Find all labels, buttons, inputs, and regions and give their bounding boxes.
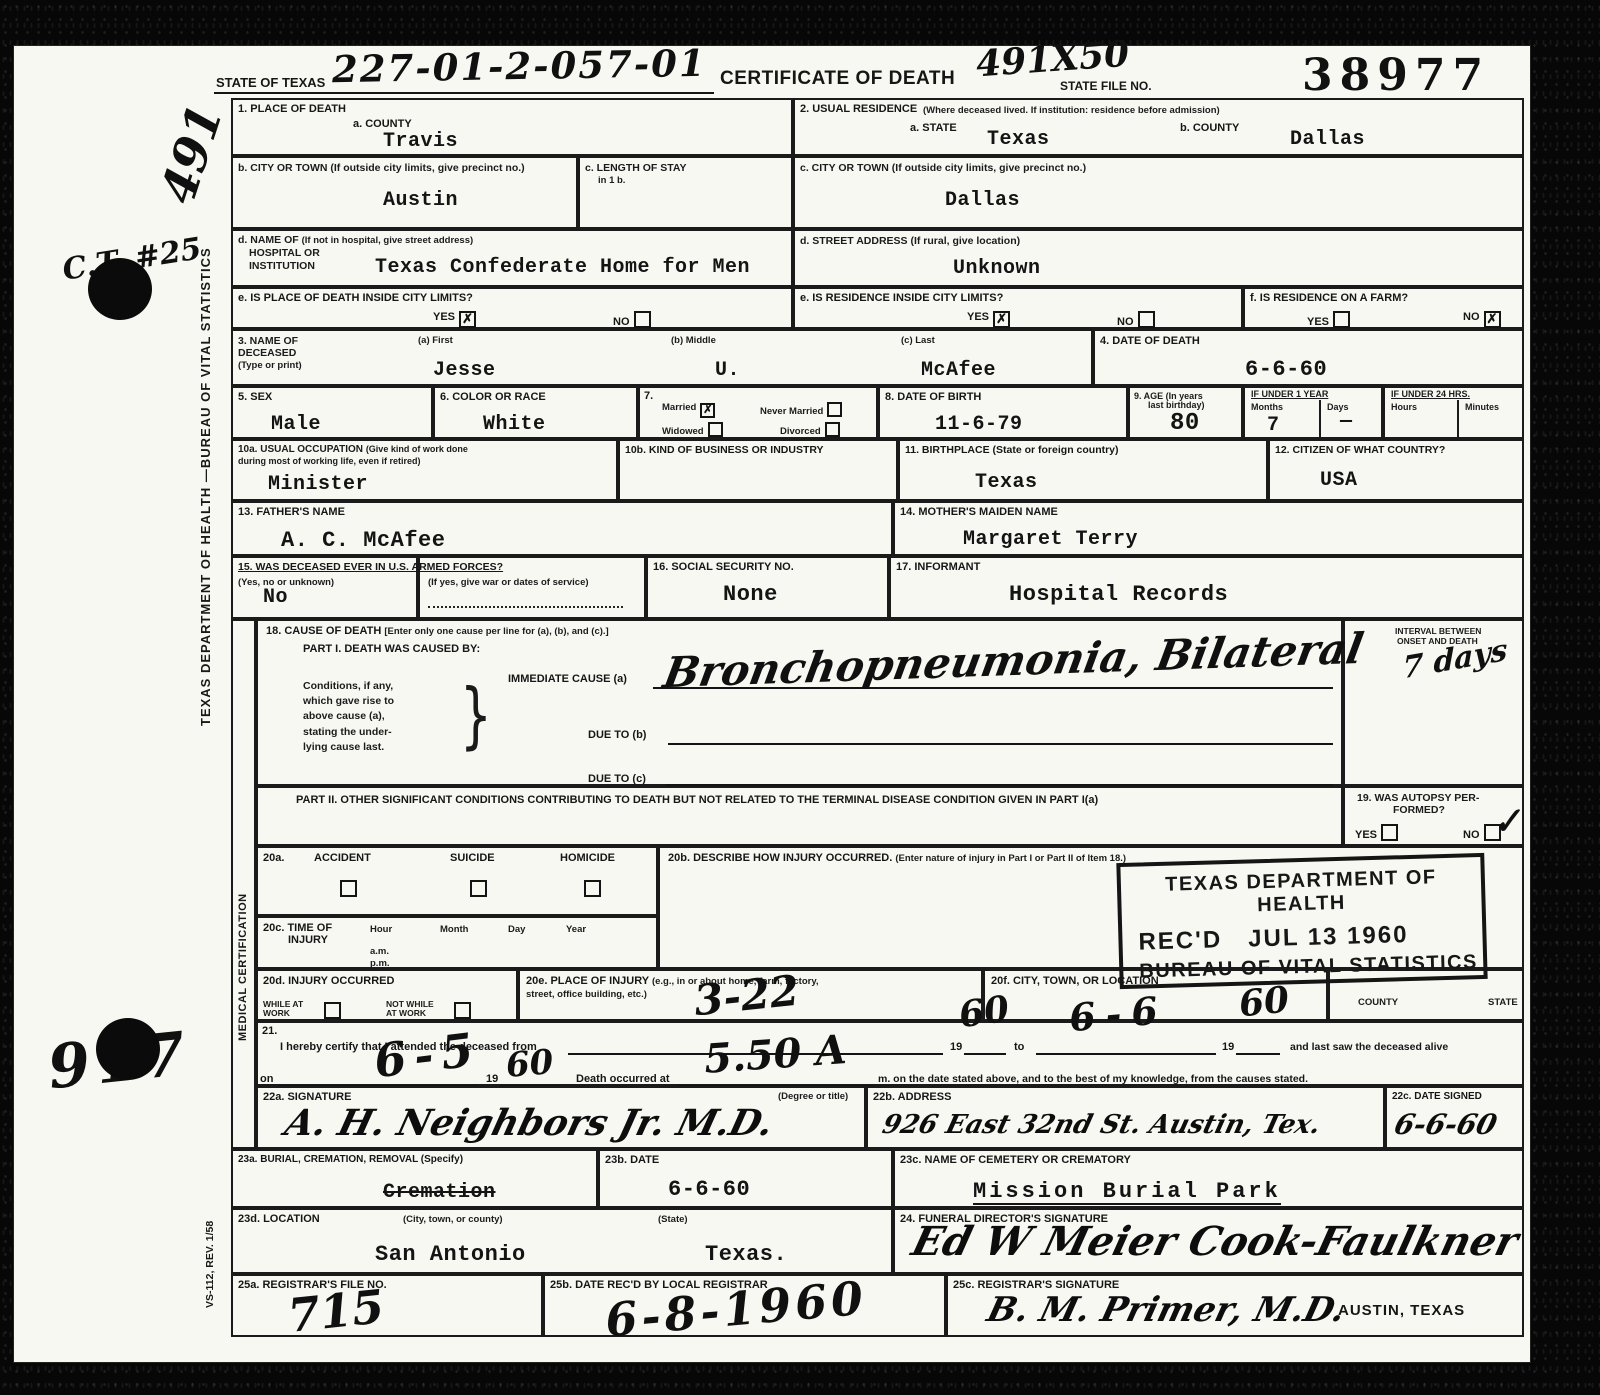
- cert-to: to: [1014, 1041, 1024, 1054]
- autopsy-yes: YES: [1355, 824, 1398, 842]
- location-state-note: (State): [658, 1214, 688, 1225]
- father-name-label: 13. FATHER'S NAME: [238, 506, 345, 519]
- under-24-label: IF UNDER 24 HRS.: [1391, 389, 1470, 400]
- death-city-limits-no: NO: [613, 311, 651, 329]
- occupation-label: 10a. USUAL OCCUPATION: [238, 444, 363, 455]
- registrar-file-value: 715: [285, 1279, 386, 1343]
- yes-label: YES: [1355, 829, 1377, 841]
- accident-label: ACCIDENT: [314, 852, 371, 865]
- time-of-injury-label-2: INJURY: [288, 934, 328, 947]
- injury-occurred-note: (Enter nature of injury in Part I or Par…: [895, 853, 1126, 864]
- margin-handwritten-491: 491: [150, 98, 234, 211]
- hour-label: Hour: [370, 924, 392, 935]
- part2-text: PART II. OTHER SIGNIFICANT CONDITIONS CO…: [296, 794, 1098, 807]
- first-name-label: (a) First: [418, 335, 453, 346]
- checkbox-married: ✗: [700, 403, 715, 418]
- cause-note: [Enter only one cause per line for (a), …: [384, 626, 608, 637]
- length-of-stay-note: in 1 b.: [598, 175, 625, 186]
- county-label: a. COUNTY: [353, 118, 412, 131]
- checkbox-res-city-no: [1138, 311, 1155, 328]
- at-work-label: AT WORK: [386, 1008, 426, 1018]
- hospital-note: (If not in hospital, give street address…: [302, 235, 474, 246]
- no-label: NO: [1117, 316, 1134, 328]
- under-1-divider: [1319, 400, 1321, 441]
- city-of-death-value: Austin: [383, 191, 458, 211]
- field-if-under-1-year: IF UNDER 1 YEAR Months Days 7 —: [1243, 386, 1383, 439]
- due-to-b-line: [668, 743, 1333, 745]
- field-injury-occurred-work: 20d. INJURY OCCURRED WHILE AT WORK NOT W…: [256, 969, 518, 1021]
- hospital-label-line2: HOSPITAL OR: [249, 247, 320, 260]
- funeral-director-signature-value: Ed W Meier Cook-Faulkner: [907, 1218, 1523, 1265]
- interval-label-1: INTERVAL BETWEEN: [1395, 626, 1481, 636]
- residence-city-limits-label: e. IS RESIDENCE INSIDE CITY LIMITS?: [800, 292, 1003, 305]
- work-label: WORK: [263, 1008, 290, 1018]
- field-accident-suicide-homicide: 20a. ACCIDENT SUICIDE HOMICIDE: [256, 846, 658, 916]
- due-to-b-label: DUE TO (b): [588, 729, 646, 742]
- residence-farm-label: f. IS RESIDENCE ON A FARM?: [1250, 292, 1408, 305]
- state-file-number: 38977: [1302, 50, 1490, 101]
- hospital-label: d. NAME OF: [238, 234, 299, 246]
- due-to-c-label: DUE TO (c): [588, 773, 646, 786]
- field-part2-conditions: PART II. OTHER SIGNIFICANT CONDITIONS CO…: [256, 786, 1343, 846]
- margin-agency-vertical-text: TEXAS DEPARTMENT OF HEALTH —BUREAU OF VI…: [198, 216, 213, 726]
- father-name-value: A. C. McAfee: [281, 530, 445, 552]
- homicide-label: HOMICIDE: [560, 852, 615, 865]
- street-address-value: Unknown: [953, 259, 1041, 279]
- field-armed-forces: 15. WAS DECEASED EVER IN U.S. ARMED FORC…: [231, 556, 418, 619]
- field-father-name: 13. FATHER'S NAME A. C. McAfee: [231, 501, 893, 556]
- cause-header: 18. CAUSE OF DEATH [Enter only one cause…: [266, 625, 609, 638]
- war-dates-note: (If yes, give war or dates of service): [428, 577, 589, 588]
- attended-to-value: 6-6: [1067, 987, 1169, 1040]
- received-stamp: TEXAS DEPARTMENT OF HEALTH REC'D JUL 13 …: [1116, 853, 1487, 989]
- field-city-of-death: b. CITY OR TOWN (If outside city limits,…: [231, 156, 578, 229]
- location-city-note: (City, town, or county): [403, 1214, 503, 1225]
- injury-work-label: 20d. INJURY OCCURRED: [263, 975, 394, 988]
- registrar-signature-value: B. M. Primer, M.D.: [983, 1290, 1349, 1330]
- checkbox-farm-yes: [1333, 311, 1350, 328]
- field-length-of-stay: c. LENGTH OF STAY in 1 b.: [578, 156, 793, 229]
- field-residence-city: c. CITY OR TOWN (If outside city limits,…: [793, 156, 1524, 229]
- scanned-death-certificate: { "common":{"yes":"YES","no":"NO","x":"✗…: [0, 0, 1600, 1395]
- degree-title-label: (Degree or title): [778, 1091, 848, 1102]
- sex-value: Male: [271, 415, 321, 435]
- minutes-label: Minutes: [1465, 402, 1499, 413]
- citizen-value: USA: [1320, 471, 1358, 491]
- field-date-recd-registrar: 25b. DATE REC'D BY LOCAL REGISTRAR 6-8-1…: [543, 1274, 946, 1337]
- field-business-industry: 10b. KIND OF BUSINESS OR INDUSTRY: [618, 439, 898, 501]
- field-burial-cremation: 23a. BURIAL, CREMATION, REMOVAL (Specify…: [231, 1149, 598, 1208]
- death-time-value: 5.50 A: [703, 1026, 848, 1083]
- state-file-no-label: STATE FILE NO.: [1060, 80, 1152, 94]
- cert-19-c: 19: [486, 1073, 498, 1086]
- field-sex: 5. SEX Male: [231, 386, 433, 439]
- checkbox-homicide: [584, 880, 601, 897]
- margin-form-revision: VS-112, REV. 1/58: [204, 1138, 216, 1308]
- checkbox-while-at-work: [324, 1002, 341, 1019]
- usual-residence-title: 2. USUAL RESIDENCE: [800, 103, 917, 116]
- hospital-value: Texas Confederate Home for Men: [375, 258, 750, 278]
- pm-label: p.m.: [370, 958, 390, 969]
- location-city-value: San Antonio: [375, 1244, 526, 1266]
- field-age: 9. AGE (In years last birthday) 80: [1128, 386, 1243, 439]
- no-label: NO: [1463, 311, 1480, 323]
- place-of-death-title: 1. PLACE OF DEATH: [238, 103, 346, 116]
- cert-from-yr-blank: [964, 1053, 1006, 1055]
- last-name-label: (c) Last: [901, 335, 935, 346]
- county-col-label: COUNTY: [1358, 997, 1398, 1008]
- field-time-of-injury: 20c. TIME OF INJURY Hour Month Day Year …: [256, 916, 658, 969]
- immediate-cause-label: IMMEDIATE CAUSE (a): [508, 673, 627, 686]
- last-saw-year-value: 60: [504, 1042, 555, 1086]
- deceased-title-3: (Type or print): [238, 360, 302, 371]
- field-mother-name: 14. MOTHER'S MAIDEN NAME Margaret Terry: [893, 501, 1524, 556]
- field-ssn: 16. SOCIAL SECURITY NO. None: [646, 556, 889, 619]
- cert-text-3: m. on the date stated above, and to the …: [878, 1073, 1308, 1085]
- handwritten-file-code: 227-01-2-057-01: [332, 41, 707, 92]
- field-cemetery-name: 23c. NAME OF CEMETERY OR CREMATORY Missi…: [893, 1149, 1524, 1208]
- burial-label: 23a. BURIAL, CREMATION, REMOVAL (Specify…: [238, 1154, 463, 1166]
- injury-occurred-header: 20b. DESCRIBE HOW INJURY OCCURRED. (Ente…: [668, 852, 1126, 865]
- day-label: Day: [508, 924, 525, 935]
- sex-label: 5. SEX: [238, 391, 272, 404]
- date-of-birth-value: 11-6-79: [935, 415, 1023, 435]
- checkbox-widowed: [708, 422, 723, 437]
- cert-death-at: Death occurred at: [576, 1073, 670, 1086]
- citizen-label: 12. CITIZEN OF WHAT COUNTRY?: [1275, 444, 1445, 456]
- date-signed-value: 6-6-60: [1391, 1108, 1500, 1141]
- cert-text-2: and last saw the deceased alive: [1290, 1041, 1448, 1053]
- burial-date-label: 23b. DATE: [605, 1154, 659, 1167]
- certificate-title: CERTIFICATE OF DEATH: [720, 68, 955, 90]
- field-street-address: d. STREET ADDRESS (If rural, give locati…: [793, 229, 1524, 287]
- divorced-label: Divorced: [780, 426, 821, 437]
- burial-date-value: 6-6-60: [668, 1179, 750, 1201]
- field-hospital-name: d. NAME OF (If not in hospital, give str…: [231, 229, 793, 287]
- length-of-stay-label: c. LENGTH OF STAY: [585, 162, 687, 175]
- cert-number: 21.: [262, 1025, 277, 1038]
- checkbox-death-city-yes: ✗: [459, 311, 476, 328]
- under-1-year-label: IF UNDER 1 YEAR: [1251, 389, 1328, 400]
- residence-city-value: Dallas: [945, 191, 1020, 211]
- hole-punch-top: [88, 258, 152, 320]
- field-death-city-limits: e. IS PLACE OF DEATH INSIDE CITY LIMITS?…: [231, 287, 793, 329]
- first-name-value: Jesse: [433, 361, 496, 381]
- field-residence-farm: f. IS RESIDENCE ON A FARM? YES NO✗: [1243, 287, 1524, 329]
- cert-on: on: [260, 1073, 273, 1086]
- state-col-label: STATE: [1488, 997, 1518, 1008]
- am-label: a.m.: [370, 946, 389, 957]
- residence-state-value: Texas: [987, 130, 1050, 150]
- location-label: 23d. LOCATION: [238, 1213, 320, 1226]
- year-label: Year: [566, 924, 586, 935]
- never-married-label: Never Married: [760, 406, 823, 417]
- mother-name-value: Margaret Terry: [963, 530, 1138, 550]
- street-address-label: d. STREET ADDRESS (If rural, give locati…: [800, 235, 1020, 248]
- autopsy-label-2: FORMED?: [1393, 804, 1445, 817]
- occupation-value: Minister: [268, 475, 368, 495]
- hours-label: Hours: [1391, 402, 1417, 413]
- date-of-death-value: 6-6-60: [1245, 359, 1327, 381]
- under-24-divider: [1457, 400, 1459, 441]
- business-industry-label: 10b. KIND OF BUSINESS OR INDUSTRY: [625, 444, 824, 456]
- suicide-label: SUICIDE: [450, 852, 495, 865]
- checkbox-death-city-no: [634, 311, 651, 328]
- no-label: NO: [1463, 829, 1480, 841]
- residence-city-limits-yes: YES✗: [967, 311, 1010, 328]
- months-value: 7: [1267, 416, 1280, 436]
- deceased-title-2: DECEASED: [238, 347, 296, 360]
- certificate-sheet: 491 TEXAS DEPARTMENT OF HEALTH —BUREAU O…: [14, 46, 1530, 1362]
- conditions-brace: }: [460, 673, 492, 757]
- days-value: —: [1340, 412, 1353, 432]
- residence-city-limits-no: NO: [1117, 311, 1155, 329]
- medical-certification-vertical-text: MEDICAL CERTIFICATION: [237, 741, 249, 1041]
- yes-label: YES: [433, 311, 455, 323]
- no-label: NO: [613, 316, 630, 328]
- physician-signature-value: A. H. Neighbors Jr. M.D.: [281, 1102, 778, 1144]
- field-date-signed: 22c. DATE SIGNED 6-6-60: [1385, 1086, 1524, 1149]
- color-race-value: White: [483, 415, 546, 435]
- field-place-of-death-county: 1. PLACE OF DEATH a. COUNTY Travis: [231, 98, 793, 156]
- field-color-race: 6. COLOR OR RACE White: [433, 386, 638, 439]
- married-label: Married: [662, 402, 696, 413]
- residence-state-label: a. STATE: [910, 122, 957, 135]
- cert-19-b: 19: [1222, 1041, 1234, 1054]
- checkbox-suicide: [470, 880, 487, 897]
- accident-number: 20a.: [263, 852, 284, 865]
- death-city-limits-yes: YES✗: [433, 311, 476, 328]
- ssn-value: None: [723, 584, 778, 606]
- cemetery-label: 23c. NAME OF CEMETERY OR CREMATORY: [900, 1154, 1131, 1167]
- month-label: Month: [440, 924, 469, 935]
- hole-punch-bottom: [96, 1018, 160, 1080]
- birthplace-value: Texas: [975, 473, 1038, 493]
- time-of-injury-label-1: 20c. TIME OF: [263, 922, 332, 935]
- residence-farm-yes: YES: [1307, 311, 1350, 329]
- cause-label: 18. CAUSE OF DEATH: [266, 625, 381, 637]
- field-citizen: 12. CITIZEN OF WHAT COUNTRY? USA: [1268, 439, 1524, 501]
- stamp-line-3: BUREAU OF VITAL STATISTICS: [1123, 951, 1484, 984]
- middle-name-label: (b) Middle: [671, 335, 716, 346]
- field-occupation: 10a. USUAL OCCUPATION (Give kind of work…: [231, 439, 618, 501]
- field-birthplace: 11. BIRTHPLACE (State or foreign country…: [898, 439, 1268, 501]
- city-of-death-label: b. CITY OR TOWN (If outside city limits,…: [238, 162, 525, 175]
- autopsy-label-1: 19. WAS AUTOPSY PER-: [1357, 792, 1479, 805]
- field-physician-signature: 22a. SIGNATURE (Degree or title) A. H. N…: [256, 1086, 866, 1149]
- middle-name-value: U.: [715, 361, 740, 381]
- field-name-of-deceased: 3. NAME OF DECEASED (Type or print) (a) …: [231, 329, 1093, 386]
- mother-name-label: 14. MOTHER'S MAIDEN NAME: [900, 506, 1058, 519]
- last-name-value: McAfee: [921, 361, 996, 381]
- field-autopsy: 19. WAS AUTOPSY PER- FORMED? YES NO ✓: [1343, 786, 1524, 846]
- war-dates-dotted-line: [428, 606, 623, 608]
- hospital-label-line3: INSTITUTION: [249, 260, 315, 273]
- stamp-line-1: TEXAS DEPARTMENT OF HEALTH: [1121, 865, 1482, 921]
- color-race-label: 6. COLOR OR RACE: [440, 391, 546, 404]
- checkbox-never-married: [827, 402, 842, 417]
- attended-from-year: 60: [956, 988, 1011, 1037]
- widowed-label: Widowed: [662, 426, 704, 437]
- cemetery-value: Mission Burial Park: [973, 1181, 1281, 1205]
- address-label: 22b. ADDRESS: [873, 1091, 951, 1104]
- field-funeral-director-signature: 24. FUNERAL DIRECTOR'S SIGNATURE Ed W Me…: [893, 1208, 1524, 1274]
- marital-number: 7.: [644, 390, 653, 403]
- field-date-of-birth: 8. DATE OF BIRTH 11-6-79: [878, 386, 1128, 439]
- county-of-death-value: Travis: [383, 132, 458, 152]
- medical-certification-strip: MEDICAL CERTIFICATION: [231, 619, 256, 1149]
- checkbox-divorced: [825, 422, 840, 437]
- residence-farm-no: NO✗: [1463, 311, 1501, 328]
- field-registrar-signature: 25c. REGISTRAR'S SIGNATURE B. M. Primer,…: [946, 1274, 1524, 1337]
- informant-label: 17. INFORMANT: [896, 561, 980, 574]
- checkbox-not-while-at-work: [454, 1002, 471, 1019]
- hospital-label-line1: d. NAME OF (If not in hospital, give str…: [238, 234, 473, 247]
- birthplace-label: 11. BIRTHPLACE (State or foreign country…: [905, 444, 1119, 456]
- usual-residence-note: (Where deceased lived. If institution: r…: [923, 105, 1220, 116]
- stamp-received-date: REC'D JUL 13 1960: [1122, 919, 1483, 957]
- date-signed-label: 22c. DATE SIGNED: [1392, 1091, 1482, 1103]
- field-residence-city-limits: e. IS RESIDENCE INSIDE CITY LIMITS? YES✗…: [793, 287, 1243, 329]
- deceased-title-1: 3. NAME OF: [238, 335, 298, 348]
- field-if-under-24-hrs: IF UNDER 24 HRS. Hours Minutes: [1383, 386, 1524, 439]
- field-date-of-death: 4. DATE OF DEATH 6-6-60: [1093, 329, 1524, 386]
- physician-address-value: 926 East 32nd St. Austin, Tex.: [879, 1110, 1323, 1140]
- field-marital-status: 7. Married✗ Never Married Widowed Divorc…: [638, 386, 878, 439]
- marital-divorced: Divorced: [780, 422, 840, 437]
- residence-county-label: b. COUNTY: [1180, 122, 1239, 135]
- death-city-limits-label: e. IS PLACE OF DEATH INSIDE CITY LIMITS?: [238, 292, 473, 305]
- conditions-note: Conditions, if any, which gave rise to a…: [303, 679, 394, 755]
- state-of-texas-label: STATE OF TEXAS: [216, 76, 325, 91]
- marital-widowed: Widowed: [662, 422, 723, 437]
- marital-married: Married✗: [662, 402, 715, 418]
- field-burial-location: 23d. LOCATION (City, town, or county) (S…: [231, 1208, 893, 1274]
- ssn-label: 16. SOCIAL SECURITY NO.: [653, 561, 794, 574]
- handwritten-ref-number: 491X50: [975, 33, 1131, 86]
- field-informant: 17. INFORMANT Hospital Records: [889, 556, 1524, 619]
- location-state-value: Texas.: [705, 1244, 787, 1266]
- checkbox-accident: [340, 880, 357, 897]
- marital-never: Never Married: [760, 402, 842, 417]
- cert-19-a: 19: [950, 1041, 962, 1054]
- residence-county-value: Dallas: [1290, 130, 1365, 150]
- injury-occurred-label: 20b. DESCRIBE HOW INJURY OCCURRED.: [668, 852, 892, 864]
- cert-to-yr-blank: [1236, 1053, 1280, 1055]
- yes-label: YES: [967, 311, 989, 323]
- registrar-place-label: AUSTIN, TEXAS: [1338, 1302, 1465, 1319]
- months-label: Months: [1251, 402, 1283, 413]
- age-value: 80: [1170, 412, 1200, 436]
- checkbox-farm-no: ✗: [1484, 311, 1501, 328]
- informant-value: Hospital Records: [1009, 584, 1228, 606]
- field-usual-residence: 2. USUAL RESIDENCE (Where deceased lived…: [793, 98, 1524, 156]
- autopsy-no-checkmark: ✓: [1490, 800, 1524, 844]
- place-of-injury-label: 20e. PLACE OF INJURY: [526, 975, 649, 987]
- armed-forces-value: No: [263, 588, 288, 608]
- cert-to-blank: [1036, 1053, 1216, 1055]
- checkbox-autopsy-yes: [1381, 824, 1398, 841]
- checkbox-res-city-yes: ✗: [993, 311, 1010, 328]
- part1-label: PART I. DEATH WAS CAUSED BY:: [303, 643, 480, 656]
- residence-city-label: c. CITY OR TOWN (If outside city limits,…: [800, 162, 1086, 175]
- field-burial-date: 23b. DATE 6-6-60: [598, 1149, 893, 1208]
- date-of-death-label: 4. DATE OF DEATH: [1100, 335, 1200, 348]
- occupation-label-wrap: 10a. USUAL OCCUPATION (Give kind of work…: [238, 444, 608, 468]
- state-file-blank-line: [214, 92, 714, 94]
- field-physician-address: 22b. ADDRESS 926 East 32nd St. Austin, T…: [866, 1086, 1385, 1149]
- date-of-birth-label: 8. DATE OF BIRTH: [885, 391, 981, 404]
- yes-label: YES: [1307, 316, 1329, 328]
- armed-forces-label: 15. WAS DECEASED EVER IN U.S. ARMED FORC…: [238, 561, 503, 573]
- burial-value: Cremation: [383, 1183, 496, 1203]
- field-registrar-file-no: 25a. REGISTRAR'S FILE NO. 715: [231, 1274, 543, 1337]
